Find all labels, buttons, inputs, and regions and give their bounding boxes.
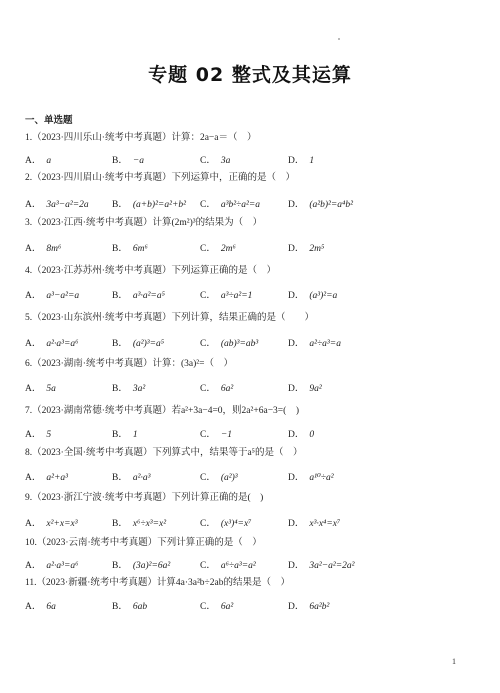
option-value: −a xyxy=(133,156,144,166)
option-value: 3a xyxy=(221,156,231,166)
option-a: A．x²+x=x³ xyxy=(25,515,78,529)
option-a: A．a²·a³=a⁶ xyxy=(25,335,78,349)
option-value: x²+x=x³ xyxy=(46,519,77,529)
question-text: （2023·江西·统考中考真题）计算(2m²)³的结果为（ ） xyxy=(32,218,262,228)
option-value: (a²)³ xyxy=(221,473,238,483)
question-stem: 8.（2023·全国·统考中考真题）下列算式中，结果等于a⁵的是（ ） xyxy=(25,447,302,459)
option-label: B． xyxy=(112,384,128,394)
question-stem: 9.（2023·浙江宁波·统考中考真题）下列计算正确的是( ) xyxy=(25,492,263,504)
option-d: D．a²÷a³=a xyxy=(288,335,341,349)
option-value: a³·a²=a⁵ xyxy=(133,291,165,301)
option-value: a xyxy=(46,156,51,166)
option-label: B． xyxy=(112,244,128,254)
option-value: 5a xyxy=(46,384,56,394)
question-stem: 6.（2023·湖南·统考中考真题）计算：(3a)²=（ ） xyxy=(25,358,233,370)
option-c: C．−1 xyxy=(200,426,232,440)
option-value: 6a²b² xyxy=(309,602,329,612)
question-stem: 11.（2023·新疆·统考中考真题）计算4a·3a²b÷2ab的结果是（ ） xyxy=(25,577,290,589)
option-value: 3a³−a²=2a xyxy=(46,200,88,210)
option-value: 2m⁶ xyxy=(221,244,236,254)
option-label: B． xyxy=(112,200,128,210)
option-value: −1 xyxy=(221,430,232,440)
option-d: D．2m⁵ xyxy=(288,240,324,254)
question-number: 10. xyxy=(25,538,37,548)
option-label: A． xyxy=(25,561,41,571)
option-label: D． xyxy=(288,602,304,612)
option-b: B．1 xyxy=(112,426,138,440)
option-label: C． xyxy=(200,473,216,483)
option-value: 8m⁶ xyxy=(46,244,61,254)
answer-options: A．8m⁶B．6m⁶C．2m⁶D．2m⁵ xyxy=(25,240,475,254)
option-label: C． xyxy=(200,519,216,529)
question-text: （2023·云南·统考中考真题）下列计算正确的是（ ） xyxy=(37,538,262,548)
option-label: D． xyxy=(288,561,304,571)
option-value: 6a² xyxy=(221,602,233,612)
option-label: B． xyxy=(112,602,128,612)
option-b: B．6ab xyxy=(112,598,147,612)
option-d: D．(a³)²=a xyxy=(288,287,337,301)
option-d: D．0 xyxy=(288,426,314,440)
option-label: C． xyxy=(200,384,216,394)
question-text: （2023·全国·统考中考真题）下列算式中，结果等于a⁵的是（ ） xyxy=(32,448,302,458)
option-label: A． xyxy=(25,384,41,394)
option-value: 6m⁶ xyxy=(133,244,148,254)
option-b: B．a³·a²=a⁵ xyxy=(112,287,165,301)
option-label: B． xyxy=(112,473,128,483)
option-label: D． xyxy=(288,430,304,440)
option-label: B． xyxy=(112,291,128,301)
option-value: a²÷a³=a xyxy=(309,339,341,349)
question-text: （2023·新疆·统考中考真题）计算4a·3a²b÷2ab的结果是（ ） xyxy=(37,578,290,588)
option-value: a³÷a²=1 xyxy=(221,291,253,301)
option-value: 1 xyxy=(133,430,138,440)
option-d: D．3a²−a²=2a² xyxy=(288,557,355,571)
option-b: B．−a xyxy=(112,152,144,166)
page-number: 1 xyxy=(452,657,456,666)
option-value: 2m⁵ xyxy=(309,244,324,254)
option-a: A．8m⁶ xyxy=(25,240,61,254)
option-a: A．5a xyxy=(25,380,56,394)
option-label: A． xyxy=(25,339,41,349)
answer-options: A．aB．−aC．3aD．1 xyxy=(25,152,475,166)
option-value: a²·a³=a⁶ xyxy=(46,561,78,571)
option-a: A．a xyxy=(25,152,51,166)
option-label: D． xyxy=(288,519,304,529)
option-label: A． xyxy=(25,430,41,440)
option-value: (a³)²=a xyxy=(309,291,337,301)
option-c: C．a³b²÷a²=a xyxy=(200,196,260,210)
option-value: a²+a³ xyxy=(46,473,68,483)
option-value: a²·a³=a⁶ xyxy=(46,339,78,349)
option-value: x³·x⁴=x⁷ xyxy=(309,519,340,529)
option-value: 9a² xyxy=(309,384,321,394)
option-c: C．a⁶÷a³=a² xyxy=(200,557,256,571)
option-d: D．x³·x⁴=x⁷ xyxy=(288,515,340,529)
option-b: B．x⁶÷x³=x² xyxy=(112,515,166,529)
option-label: C． xyxy=(200,602,216,612)
option-value: a²·a³ xyxy=(133,473,151,483)
option-label: B． xyxy=(112,519,128,529)
option-label: D． xyxy=(288,384,304,394)
option-label: C． xyxy=(200,430,216,440)
answer-options: A．5B．1C．−1D．0 xyxy=(25,426,475,440)
option-label: B． xyxy=(112,339,128,349)
option-label: D． xyxy=(288,473,304,483)
option-label: C． xyxy=(200,156,216,166)
option-b: B．6m⁶ xyxy=(112,240,148,254)
option-a: A．a³−a²=a xyxy=(25,287,79,301)
option-label: C． xyxy=(200,291,216,301)
question-text: （2023·山东滨州·统考中考真题）下列计算，结果正确的是（ ） xyxy=(32,313,314,323)
option-label: A． xyxy=(25,473,41,483)
option-value: 3a² xyxy=(133,384,145,394)
option-label: B． xyxy=(112,561,128,571)
option-value: (a²)³=a⁵ xyxy=(133,339,164,349)
option-value: (a+b)²=a²+b² xyxy=(133,200,186,210)
answer-options: A．6aB．6abC．6a²D．6a²b² xyxy=(25,598,475,612)
section-heading: 一、单选题 xyxy=(25,112,73,126)
option-c: C．6a² xyxy=(200,598,233,612)
option-c: C．(x³)⁴=x⁷ xyxy=(200,515,251,529)
option-label: D． xyxy=(288,339,304,349)
option-value: x⁶÷x³=x² xyxy=(133,519,166,529)
option-value: a¹⁰÷a² xyxy=(309,473,333,483)
question-stem: 7.（2023·湖南常德·统考中考真题）若a²+3a−4=0，则2a²+6a−3… xyxy=(25,405,299,417)
option-value: (x³)⁴=x⁷ xyxy=(221,519,252,529)
option-label: D． xyxy=(288,200,304,210)
option-value: 1 xyxy=(309,156,314,166)
option-a: A．a²+a³ xyxy=(25,469,68,483)
question-stem: 5.（2023·山东滨州·统考中考真题）下列计算，结果正确的是（ ） xyxy=(25,312,314,324)
option-a: A．6a xyxy=(25,598,56,612)
option-b: B．(a+b)²=a²+b² xyxy=(112,196,186,210)
option-c: C．(ab)³=ab³ xyxy=(200,335,258,349)
question-text: （2023·四川乐山·统考中考真题）计算：2a−a＝（ ） xyxy=(32,133,256,143)
question-stem: 1.（2023·四川乐山·统考中考真题）计算：2a−a＝（ ） xyxy=(25,132,257,144)
option-d: D．(a²b)²=a⁴b² xyxy=(288,196,353,210)
option-a: A．5 xyxy=(25,426,51,440)
answer-options: A．5aB．3a²C．6a²D．9a² xyxy=(25,380,475,394)
option-label: C． xyxy=(200,339,216,349)
option-a: A．a²·a³=a⁶ xyxy=(25,557,78,571)
option-a: A．3a³−a²=2a xyxy=(25,196,89,210)
option-label: B． xyxy=(112,430,128,440)
option-c: C．6a² xyxy=(200,380,233,394)
option-b: B．3a² xyxy=(112,380,145,394)
option-label: C． xyxy=(200,200,216,210)
option-c: C．(a²)³ xyxy=(200,469,238,483)
question-stem: 4.（2023·江苏苏州·统考中考真题）下列运算正确的是（ ） xyxy=(25,265,276,277)
option-d: D．1 xyxy=(288,152,314,166)
option-d: D．9a² xyxy=(288,380,322,394)
option-value: 6a² xyxy=(221,384,233,394)
answer-options: A．a²·a³=a⁶B．(a²)³=a⁵C．(ab)³=ab³D．a²÷a³=a xyxy=(25,335,475,349)
scan-speck xyxy=(338,38,340,40)
option-label: A． xyxy=(25,291,41,301)
option-value: a³b²÷a²=a xyxy=(221,200,260,210)
question-text: （2023·湖南常德·统考中考真题）若a²+3a−4=0，则2a²+6a−3=(… xyxy=(32,406,299,416)
option-label: C． xyxy=(200,561,216,571)
option-d: D．6a²b² xyxy=(288,598,329,612)
option-value: 5 xyxy=(46,430,51,440)
option-value: (a²b)²=a⁴b² xyxy=(309,200,353,210)
option-value: 0 xyxy=(309,430,314,440)
option-value: a⁶÷a³=a² xyxy=(221,561,256,571)
option-c: C．2m⁶ xyxy=(200,240,236,254)
answer-options: A．a³−a²=aB．a³·a²=a⁵C．a³÷a²=1D．(a³)²=a xyxy=(25,287,475,301)
question-text: （2023·四川眉山·统考中考真题）下列运算中，正确的是（ ） xyxy=(32,173,295,183)
option-label: D． xyxy=(288,291,304,301)
option-label: C． xyxy=(200,244,216,254)
option-c: C．a³÷a²=1 xyxy=(200,287,252,301)
option-label: B． xyxy=(112,156,128,166)
option-d: D．a¹⁰÷a² xyxy=(288,469,334,483)
answer-options: A．a²+a³B．a²·a³C．(a²)³D．a¹⁰÷a² xyxy=(25,469,475,483)
option-label: A． xyxy=(25,200,41,210)
option-label: A． xyxy=(25,244,41,254)
option-label: D． xyxy=(288,156,304,166)
option-label: A． xyxy=(25,519,41,529)
option-value: a³−a²=a xyxy=(46,291,79,301)
question-stem: 3.（2023·江西·统考中考真题）计算(2m²)³的结果为（ ） xyxy=(25,217,262,229)
answer-options: A．x²+x=x³B．x⁶÷x³=x²C．(x³)⁴=x⁷D．x³·x⁴=x⁷ xyxy=(25,515,475,529)
question-text: （2023·湖南·统考中考真题）计算：(3a)²=（ ） xyxy=(32,359,233,369)
option-value: 6ab xyxy=(133,602,147,612)
question-number: 11. xyxy=(25,578,37,588)
answer-options: A．a²·a³=a⁶B．(3a)²=6a²C．a⁶÷a³=a²D．3a²−a²=… xyxy=(25,557,475,571)
option-b: B．(3a)²=6a² xyxy=(112,557,170,571)
answer-options: A．3a³−a²=2aB．(a+b)²=a²+b²C．a³b²÷a²=aD．(a… xyxy=(25,196,475,210)
question-text: （2023·江苏苏州·统考中考真题）下列运算正确的是（ ） xyxy=(32,266,276,276)
option-value: 3a²−a²=2a² xyxy=(309,561,354,571)
question-stem: 2.（2023·四川眉山·统考中考真题）下列运算中，正确的是（ ） xyxy=(25,172,295,184)
question-text: （2023·浙江宁波·统考中考真题）下列计算正确的是( ) xyxy=(32,493,263,503)
option-b: B．a²·a³ xyxy=(112,469,150,483)
option-label: D． xyxy=(288,244,304,254)
question-stem: 10.（2023·云南·统考中考真题）下列计算正确的是（ ） xyxy=(25,537,262,549)
option-label: A． xyxy=(25,602,41,612)
page-title: 专题 02 整式及其运算 xyxy=(0,60,500,87)
option-value: 6a xyxy=(46,602,56,612)
option-value: (3a)²=6a² xyxy=(133,561,170,571)
option-value: (ab)³=ab³ xyxy=(221,339,258,349)
option-label: A． xyxy=(25,156,41,166)
option-c: C．3a xyxy=(200,152,230,166)
option-b: B．(a²)³=a⁵ xyxy=(112,335,164,349)
